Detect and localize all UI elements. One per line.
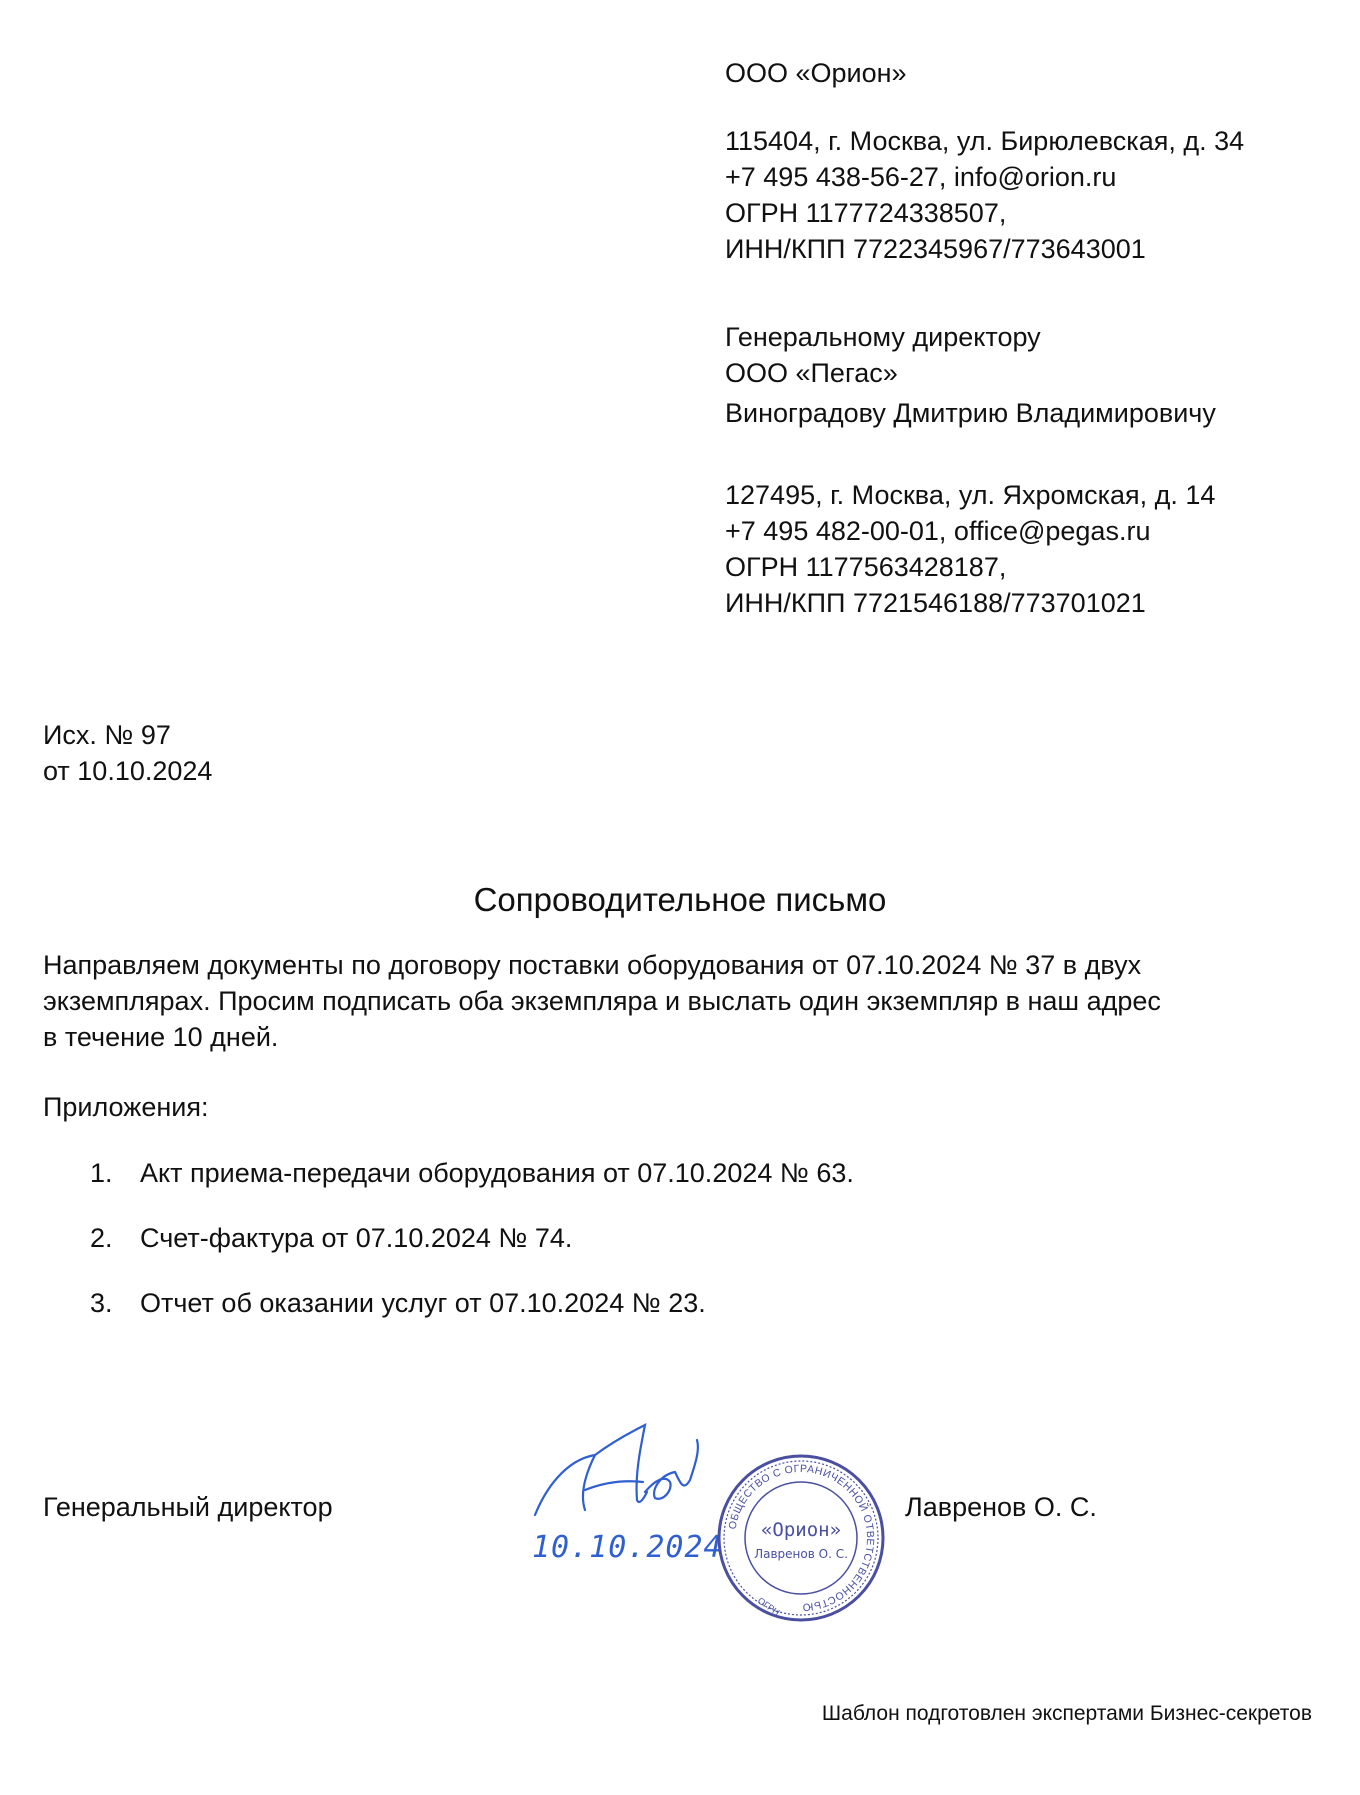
sender-company: ООО «Орион» [725, 56, 907, 91]
company-stamp: ОБЩЕСТВО С ОГРАНИЧЕННОЙ ОТВЕТСТВЕННОСТЬЮ… [715, 1452, 887, 1624]
attachment-text: Счет-фактура от 07.10.2024 № 74. [140, 1223, 572, 1253]
stamp-person: Лавренов О. С. [754, 1547, 848, 1561]
signer-position: Генеральный директор [43, 1490, 333, 1525]
recipient-inn-kpp: ИНН/КПП 7721546188/773701021 [725, 586, 1146, 621]
recipient-name: Виноградову Дмитрию Владимировичу [725, 396, 1216, 431]
body-line: Направляем документы по договору поставк… [43, 947, 1323, 983]
handwritten-date: 10.10.2024 [532, 1530, 723, 1565]
recipient-company: ООО «Пегас» [725, 356, 898, 391]
recipient-ogrn: ОГРН 1177563428187, [725, 550, 1006, 585]
attachment-item: 1.Акт приема-передачи оборудования от 07… [90, 1155, 854, 1191]
body-line: экземплярах. Просим подписать оба экземп… [43, 983, 1323, 1019]
recipient-address: 127495, г. Москва, ул. Яхромская, д. 14 [725, 478, 1215, 513]
attachment-item: 3.Отчет об оказании услуг от 07.10.2024 … [90, 1285, 706, 1321]
outgoing-number: Исх. № 97 [43, 718, 171, 753]
attachment-item: 2.Счет-фактура от 07.10.2024 № 74. [90, 1220, 572, 1256]
sender-contacts: +7 495 438-56-27, info@orion.ru [725, 160, 1116, 195]
template-credit: Шаблон подготовлен экспертами Бизнес-сек… [822, 1700, 1312, 1728]
recipient-contacts: +7 495 482-00-01, office@pegas.ru [725, 514, 1150, 549]
stamp-company: «Орион» [761, 1519, 841, 1541]
recipient-position: Генеральному директору [725, 320, 1041, 355]
signer-name: Лавренов О. С. [905, 1490, 1097, 1525]
attachments-label: Приложения: [43, 1090, 208, 1125]
handwritten-signature [525, 1420, 715, 1530]
attachment-number: 2. [90, 1220, 140, 1256]
body-paragraph: Направляем документы по договору поставк… [43, 947, 1323, 1055]
attachment-text: Отчет об оказании услуг от 07.10.2024 № … [140, 1288, 706, 1318]
attachment-number: 1. [90, 1155, 140, 1191]
sender-address: 115404, г. Москва, ул. Бирюлевская, д. 3… [725, 124, 1244, 159]
sender-ogrn: ОГРН 1177724338507, [725, 196, 1006, 231]
body-line: в течение 10 дней. [43, 1019, 1323, 1055]
attachment-number: 3. [90, 1285, 140, 1321]
sender-inn-kpp: ИНН/КПП 7722345967/773643001 [725, 232, 1146, 267]
document-title: Сопроводительное письмо [0, 878, 1360, 922]
attachment-text: Акт приема-передачи оборудования от 07.1… [140, 1158, 854, 1188]
outgoing-date: от 10.10.2024 [43, 754, 212, 789]
